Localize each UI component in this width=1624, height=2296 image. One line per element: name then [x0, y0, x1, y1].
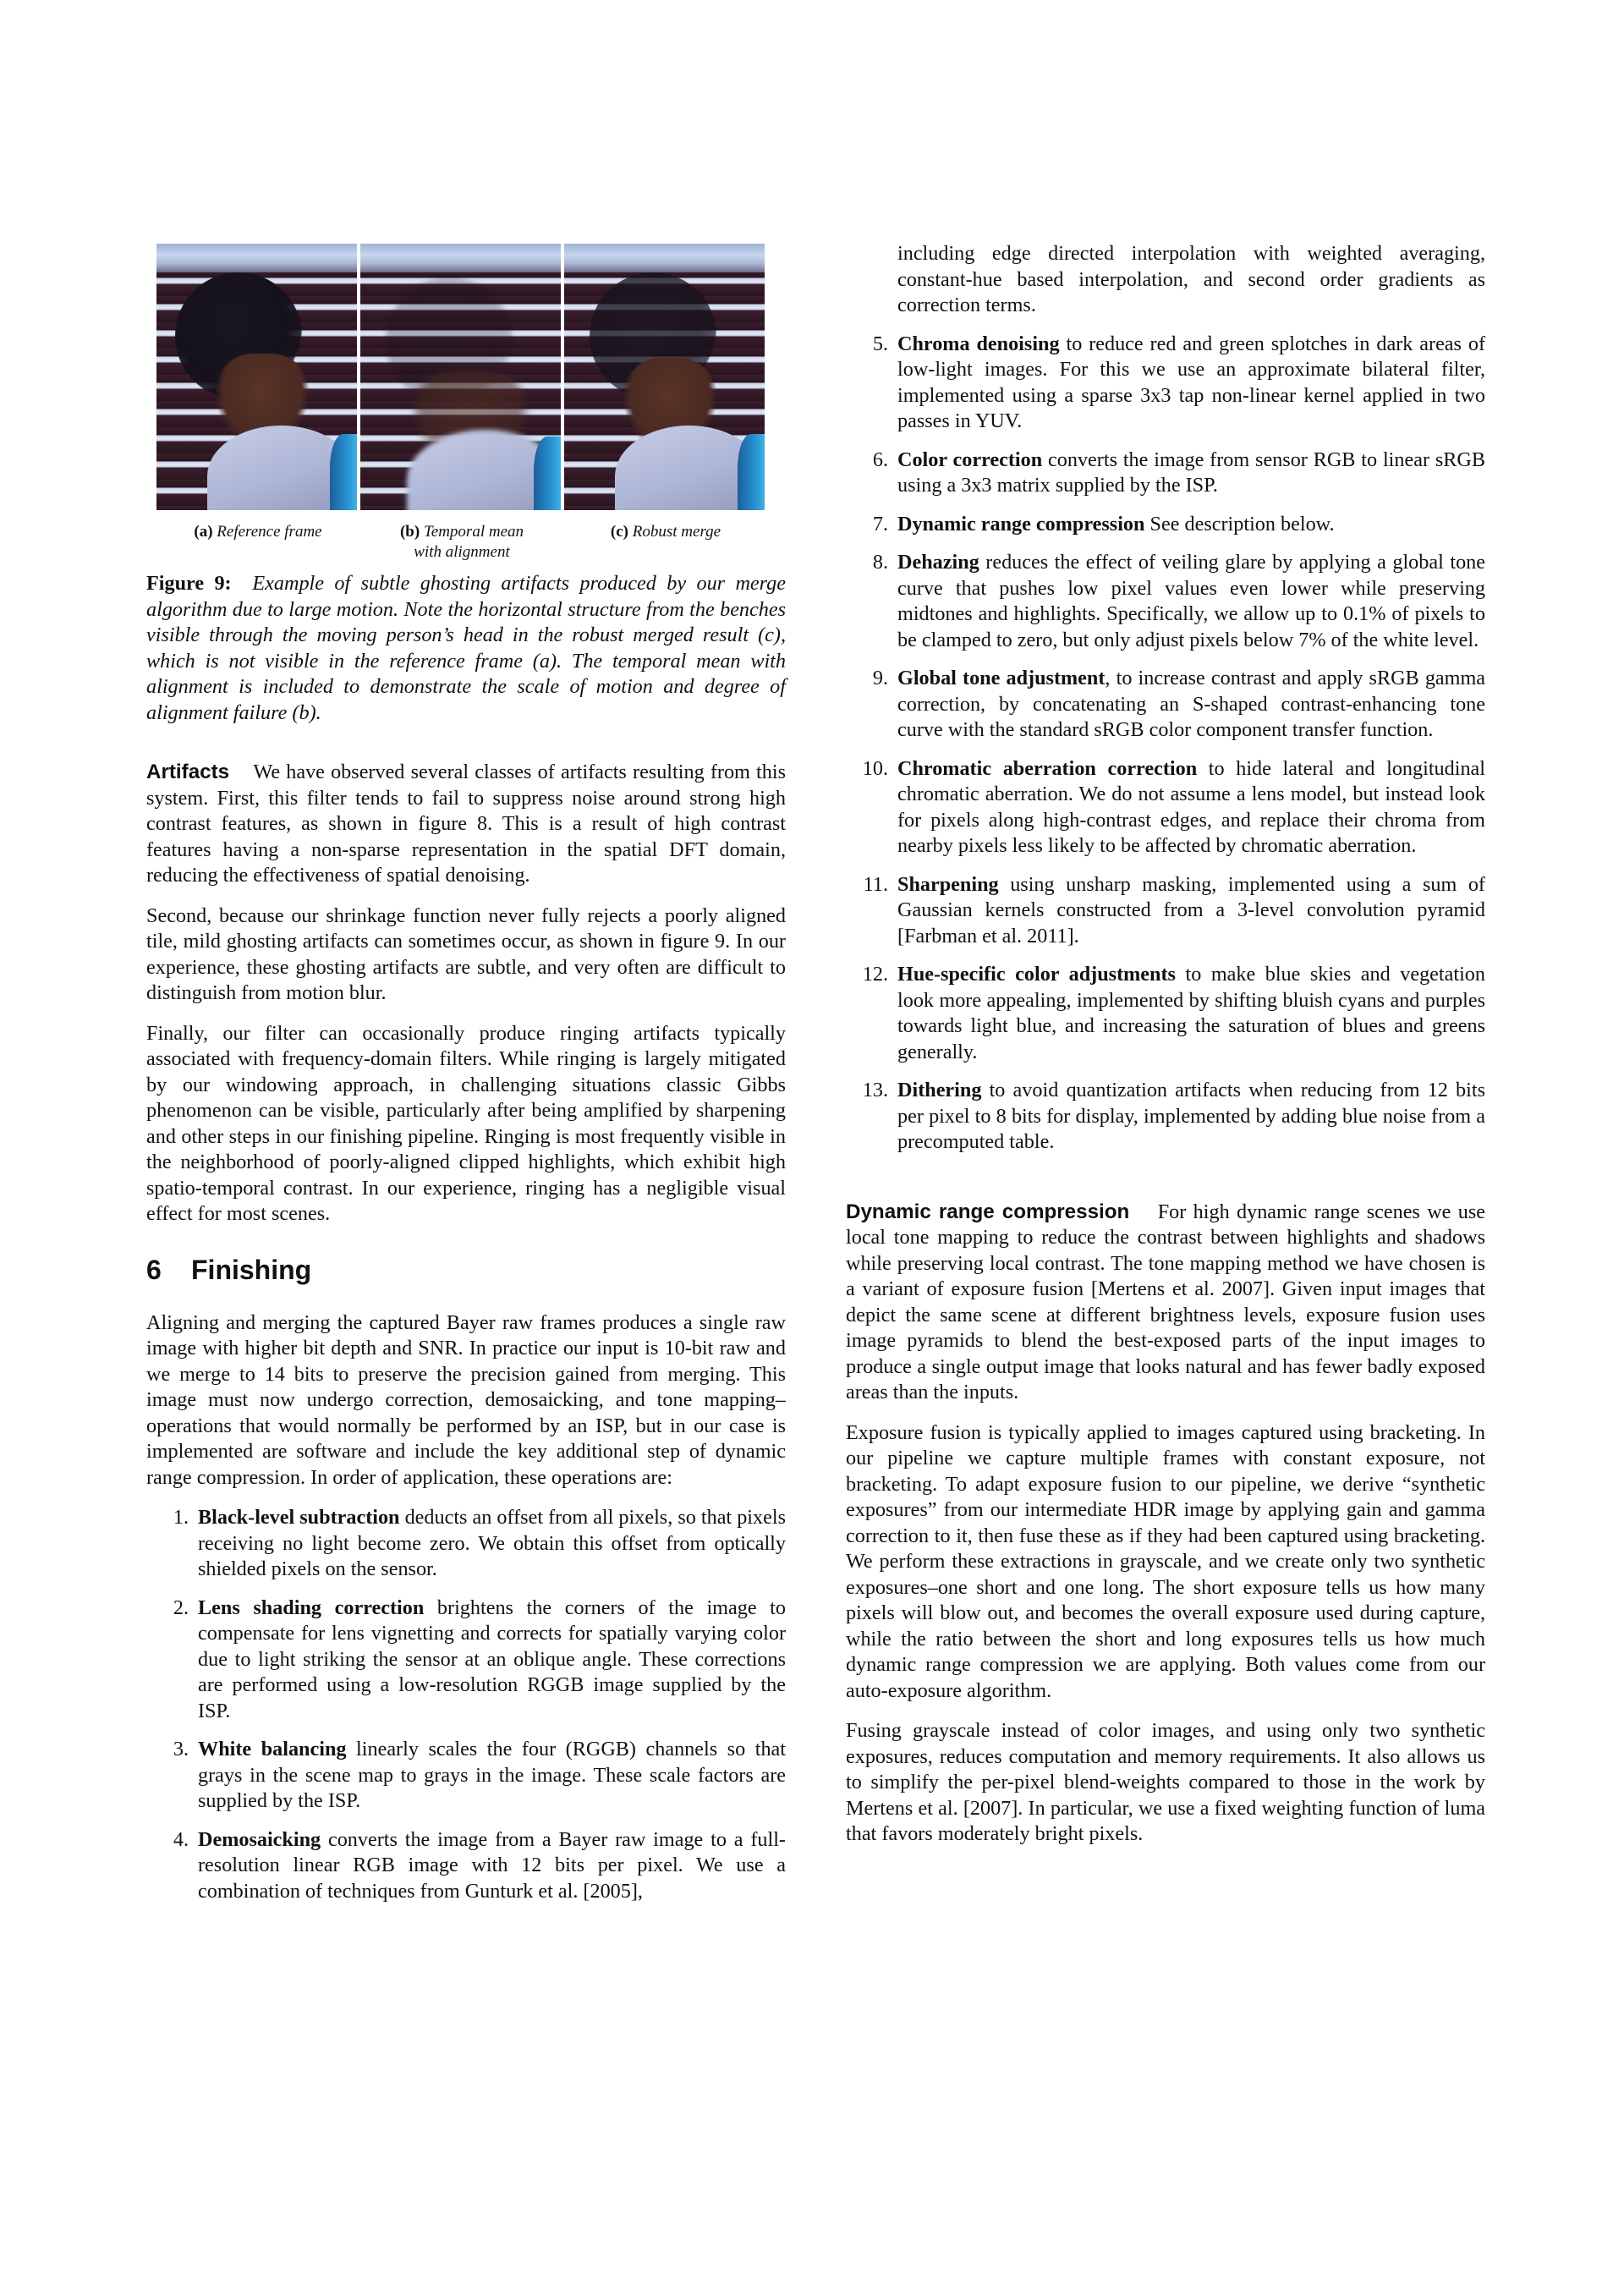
item-number: 11. — [846, 872, 888, 898]
subfigure-label: (b) — [400, 523, 420, 541]
figure-caption: Figure 9: Example of subtle ghosting art… — [146, 571, 786, 726]
item-number: 12. — [846, 962, 888, 988]
operation-item-10: 10.Chromatic aberration correction to hi… — [846, 756, 1485, 860]
operation-item-12: 12.Hue-specific color adjustments to mak… — [846, 962, 1485, 1065]
operations-list-left: 1.Black-level subtraction deducts an off… — [146, 1505, 786, 1904]
drc-heading: Dynamic range compression — [846, 1200, 1129, 1223]
subfigure-label: (c) — [611, 523, 628, 541]
paragraph-text: For high dynamic range scenes we use loc… — [846, 1200, 1485, 1404]
drc-paragraph-2: Exposure fusion is typically applied to … — [846, 1420, 1485, 1705]
figure-panels — [156, 244, 765, 510]
item-number: 2. — [146, 1596, 189, 1622]
subfigure-text-line2: with alignment — [414, 543, 509, 561]
item-number: 13. — [846, 1078, 888, 1104]
operations-list-right: 5.Chroma denoising to reduce red and gre… — [846, 332, 1485, 1156]
paragraph-text: We have observed several classes of arti… — [146, 761, 786, 887]
item-number: 3. — [146, 1737, 189, 1763]
panel-reference-frame-image — [156, 244, 357, 510]
item-term: Chroma denoising — [897, 332, 1060, 355]
item-term: Lens shading correction — [198, 1596, 424, 1619]
subfigure-label: (a) — [194, 523, 212, 541]
item-term: Global tone adjustment — [897, 667, 1105, 689]
item-number: 1. — [146, 1505, 189, 1531]
subfigure-caption-a: (a) Reference frame — [156, 522, 359, 542]
drc-paragraph-1: Dynamic range compression For high dynam… — [846, 1200, 1485, 1406]
operation-item-4: 4.Demosaicking converts the image from a… — [146, 1827, 786, 1905]
item-term: Dithering — [897, 1079, 981, 1101]
item-number: 7. — [846, 512, 888, 538]
item-text: See description below. — [1144, 513, 1334, 536]
item-term: Color correction — [897, 448, 1042, 471]
right-column: including edge directed interpolation wi… — [846, 241, 1485, 1848]
operation-item-5: 5.Chroma denoising to reduce red and gre… — [846, 332, 1485, 435]
drc-paragraph-3: Fusing grayscale instead of color images… — [846, 1718, 1485, 1848]
item-number: 10. — [846, 756, 888, 783]
operation-item-4-continuation: including edge directed interpolation wi… — [846, 241, 1485, 319]
item-term: White balancing — [198, 1738, 347, 1760]
operation-item-2: 2.Lens shading correction brightens the … — [146, 1596, 786, 1725]
section-number: 6 — [146, 1253, 191, 1287]
item-text: reduces the effect of veiling glare by a… — [897, 551, 1485, 651]
subfigure-caption-c: (c) Robust merge — [564, 522, 767, 542]
figure-caption-text: Example of subtle ghosting artifacts pro… — [146, 572, 786, 724]
artifacts-heading: Artifacts — [146, 761, 229, 783]
subfigure-captions: (a) Reference frame (b) Temporal mean wi… — [146, 522, 786, 573]
item-term: Black-level subtraction — [198, 1506, 400, 1529]
item-term: Sharpening — [897, 873, 999, 896]
artifacts-paragraph-2: Second, because our shrinkage function n… — [146, 904, 786, 1007]
subfigure-caption-b: (b) Temporal mean with alignment — [360, 522, 563, 563]
section-heading: 6Finishing — [146, 1253, 786, 1287]
artifacts-paragraph-3: Finally, our filter can occasionally pro… — [146, 1021, 786, 1228]
figure-label: Figure 9: — [146, 572, 232, 595]
operation-item-6: 6.Color correction converts the image fr… — [846, 448, 1485, 499]
section-title: Finishing — [191, 1255, 311, 1285]
operation-item-8: 8.Dehazing reduces the effect of veiling… — [846, 550, 1485, 653]
item-term: Dynamic range compression — [897, 513, 1144, 536]
backpack-strap-shape — [534, 437, 561, 510]
panel-robust-merge-image — [564, 244, 765, 510]
operation-item-1: 1.Black-level subtraction deducts an off… — [146, 1505, 786, 1583]
item-number: 4. — [146, 1827, 189, 1854]
subfigure-text: Reference frame — [217, 523, 321, 541]
section-intro-paragraph: Aligning and merging the captured Bayer … — [146, 1310, 786, 1491]
item-number: 9. — [846, 666, 888, 692]
item-number: 6. — [846, 448, 888, 474]
backpack-strap-shape — [738, 434, 765, 510]
item-term: Dehazing — [897, 551, 979, 574]
item-term: Chromatic aberration correction — [897, 757, 1197, 780]
operation-item-11: 11.Sharpening using unsharp masking, imp… — [846, 872, 1485, 950]
item-term: Demosaicking — [198, 1828, 321, 1851]
item-number: 8. — [846, 550, 888, 576]
operation-item-13: 13.Dithering to avoid quantization artif… — [846, 1078, 1485, 1156]
operation-item-9: 9.Global tone adjustment, to increase co… — [846, 666, 1485, 744]
operation-item-7: 7.Dynamic range compression See descript… — [846, 512, 1485, 538]
item-text: to avoid quantization artifacts when red… — [897, 1079, 1485, 1153]
subfigure-text: Temporal mean — [424, 523, 524, 541]
figure-9: (a) Reference frame (b) Temporal mean wi… — [146, 237, 786, 571]
left-column: (a) Reference frame (b) Temporal mean wi… — [146, 237, 786, 1904]
operation-item-3: 3.White balancing linearly scales the fo… — [146, 1737, 786, 1815]
panel-temporal-mean-image — [360, 244, 561, 510]
subfigure-text: Robust merge — [633, 523, 721, 541]
artifacts-paragraph-1: Artifacts We have observed several class… — [146, 760, 786, 889]
backpack-strap-shape — [330, 434, 357, 510]
item-number: 5. — [846, 332, 888, 358]
item-term: Hue-specific color adjustments — [897, 963, 1176, 986]
